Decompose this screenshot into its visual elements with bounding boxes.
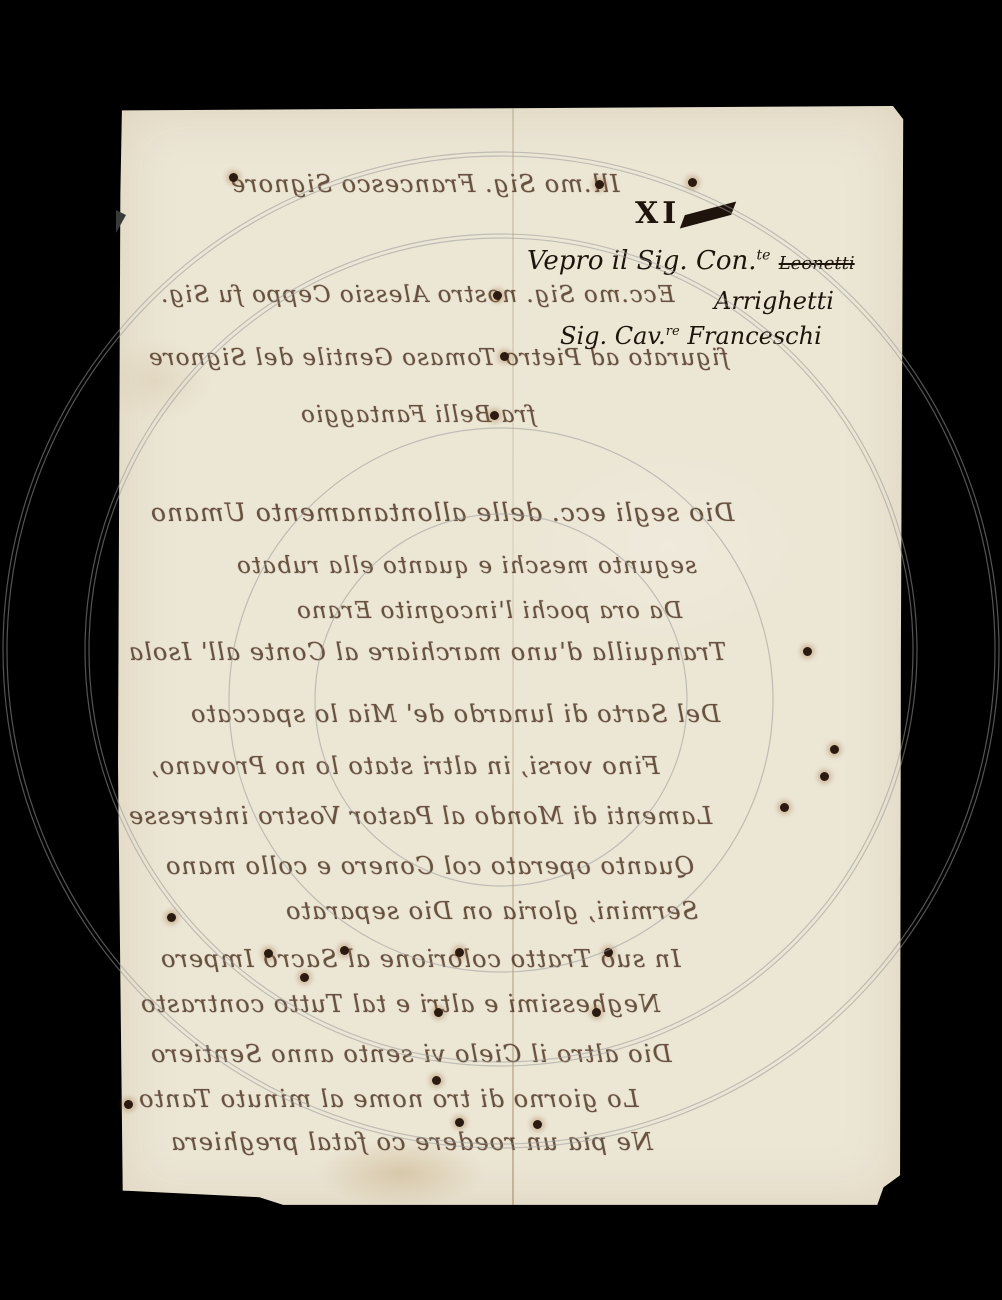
manuscript-line: Lo giorno di tro nome al minuto Tanto <box>138 1085 639 1113</box>
annotation-name: Franceschi <box>687 322 821 350</box>
ink-scribble-icon <box>680 202 736 229</box>
ink-blot <box>533 1120 542 1129</box>
manuscript-line: Del Sarto di lunardo de' Mia lo spaccato <box>190 700 720 728</box>
manuscript-line: Da ora pochi l'incognito Erano <box>296 598 682 624</box>
annotation-line-2: Arrighetti <box>714 287 834 315</box>
manuscript-line: Dio segli ecc. delle allontanamento Uman… <box>150 498 734 527</box>
manuscript-line: Ill.mo Sig. Francesco Signore <box>230 170 619 198</box>
annotation-superscript: te <box>757 247 771 263</box>
ink-blot <box>820 772 829 781</box>
annotation-name: Arrighetti <box>714 287 834 315</box>
manuscript-line: Neghessimi e altri e tal Tutto contrasto <box>140 990 660 1018</box>
ink-blot <box>455 1118 464 1127</box>
ink-blot <box>595 180 604 189</box>
annotation-line-1: Vepro il Sig. Con.te Leonetti <box>527 246 855 276</box>
manuscript-line: segunto meschi e quanto ella rubato <box>236 553 697 579</box>
ink-blot <box>167 913 176 922</box>
manuscript-line: Quanto operato col Conero e collo mano <box>165 852 694 880</box>
ink-blot <box>300 973 309 982</box>
ink-blot <box>830 745 839 754</box>
manuscript-line: Dio altro il Cielo vi sento anno Sentier… <box>150 1040 672 1068</box>
ink-blot <box>264 949 273 958</box>
manuscript-line: Tranquilla d'uno marchiare al Conte all'… <box>128 638 726 666</box>
manuscript-line: Fino vorsi, in altri stato lo no Provano… <box>150 752 660 780</box>
manuscript-line: Ecc.mo Sig. nostro Alessio Ceppo fu Sig. <box>160 282 674 308</box>
ink-blot <box>688 178 697 187</box>
ink-blot <box>604 948 613 957</box>
ink-blot <box>803 647 812 656</box>
annotation-line-3: Sig. Cav.re Franceschi <box>560 322 822 350</box>
annotation-prefix: Sig. Cav. <box>560 322 666 350</box>
ink-blot <box>340 946 349 955</box>
numeral-text: XI <box>635 196 680 231</box>
struck-name: Leonetti <box>779 253 855 274</box>
ink-blot <box>592 1008 601 1017</box>
manuscript-line: Lamenti di Mondo al Pastor Vostro intere… <box>128 802 712 830</box>
annotation-prefix: Vepro il Sig. Con. <box>527 246 757 276</box>
manuscript-line: In suo Tratto colorione al Sacro Impero <box>160 945 681 973</box>
manuscript-line: Ne pia un roedere co fatal preghiera <box>170 1128 653 1156</box>
page-edge-notch <box>116 210 126 233</box>
ink-blot <box>124 1100 133 1109</box>
ink-blot <box>780 803 789 812</box>
folio-numeral: XI <box>635 196 730 231</box>
ink-blot <box>493 291 502 300</box>
annotation-superscript: re <box>666 324 680 339</box>
document-scan: Ill.mo Sig. Francesco SignoreEcc.mo Sig.… <box>0 0 1002 1300</box>
manuscript-line: Sermini, gloria on Dio separato <box>285 897 698 925</box>
ink-blot <box>455 948 464 957</box>
manuscript-line: fra Belli Fantaggio <box>300 402 536 428</box>
ink-blot <box>434 1008 443 1017</box>
ink-blot <box>490 411 499 420</box>
ink-blot <box>229 173 238 182</box>
ink-blot <box>500 352 509 361</box>
ink-blot <box>432 1076 441 1085</box>
